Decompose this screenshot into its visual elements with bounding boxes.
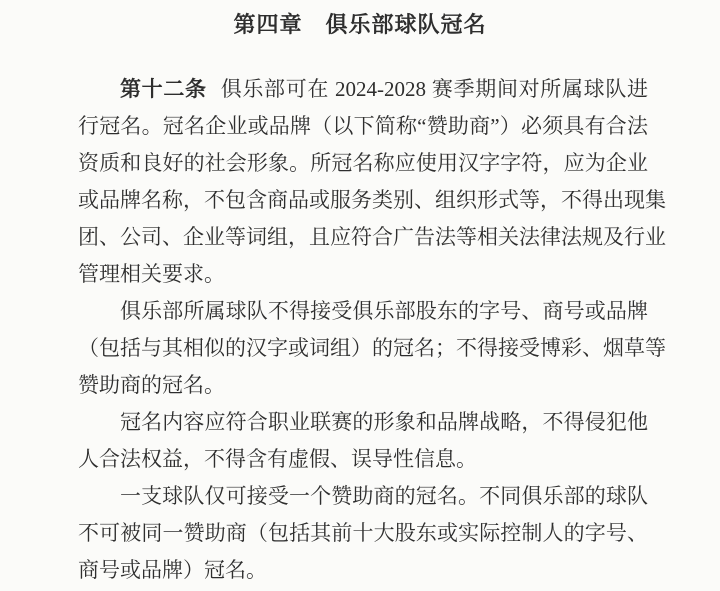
text-line: 资质和良好的社会形象。所冠名称应使用汉字字符，应为企业 [78, 145, 648, 182]
text-line: 或品牌名称，不包含商品或服务类别、组织形式等，不得出现集 [78, 182, 648, 219]
text-line: 赞助商的冠名。 [78, 367, 648, 404]
text-line: 冠名内容应符合职业联赛的形象和品牌战略，不得侵犯他 [78, 404, 648, 441]
text-line: 俱乐部所属球队不得接受俱乐部股东的字号、商号或品牌 [78, 293, 648, 330]
text-line: 行冠名。冠名企业或品牌（以下简称“赞助商”）必须具有合法 [78, 108, 648, 145]
text-line: 第十二条俱乐部可在 2024-2028 赛季期间对所属球队进 [78, 71, 648, 108]
text-line: 团、公司、企业等词组，且应符合广告法等相关法律法规及行业 [78, 219, 648, 256]
paragraph-article-12: 第十二条俱乐部可在 2024-2028 赛季期间对所属球队进 行冠名。冠名企业或… [78, 71, 648, 293]
text-line: 不可被同一赞助商（包括其前十大股东或实际控制人的字号、 [78, 515, 648, 552]
document-page: 第四章 俱乐部球队冠名 第十二条俱乐部可在 2024-2028 赛季期间对所属球… [0, 0, 720, 591]
text-line: 商号或品牌）冠名。 [78, 552, 648, 589]
paragraph-single-sponsor-rule: 一支球队仅可接受一个赞助商的冠名。不同俱乐部的球队 不可被同一赞助商（包括其前十… [78, 478, 648, 589]
text-line: （包括与其相似的汉字或词组）的冠名；不得接受博彩、烟草等 [78, 330, 648, 367]
chapter-title: 第四章 俱乐部球队冠名 [0, 0, 720, 40]
text-run: 俱乐部可在 2024-2028 赛季期间对所属球队进 [221, 77, 648, 101]
text-line: 一支球队仅可接受一个赞助商的冠名。不同俱乐部的球队 [78, 478, 648, 515]
text-line: 管理相关要求。 [78, 256, 648, 293]
paragraph-content-requirements: 冠名内容应符合职业联赛的形象和品牌战略，不得侵犯他 人合法权益，不得含有虚假、误… [78, 404, 648, 478]
document-body: 第十二条俱乐部可在 2024-2028 赛季期间对所属球队进 行冠名。冠名企业或… [78, 71, 648, 589]
paragraph-shareholder-restriction: 俱乐部所属球队不得接受俱乐部股东的字号、商号或品牌 （包括与其相似的汉字或词组）… [78, 293, 648, 404]
text-line: 人合法权益，不得含有虚假、误导性信息。 [78, 441, 648, 478]
article-number: 第十二条 [120, 77, 207, 101]
